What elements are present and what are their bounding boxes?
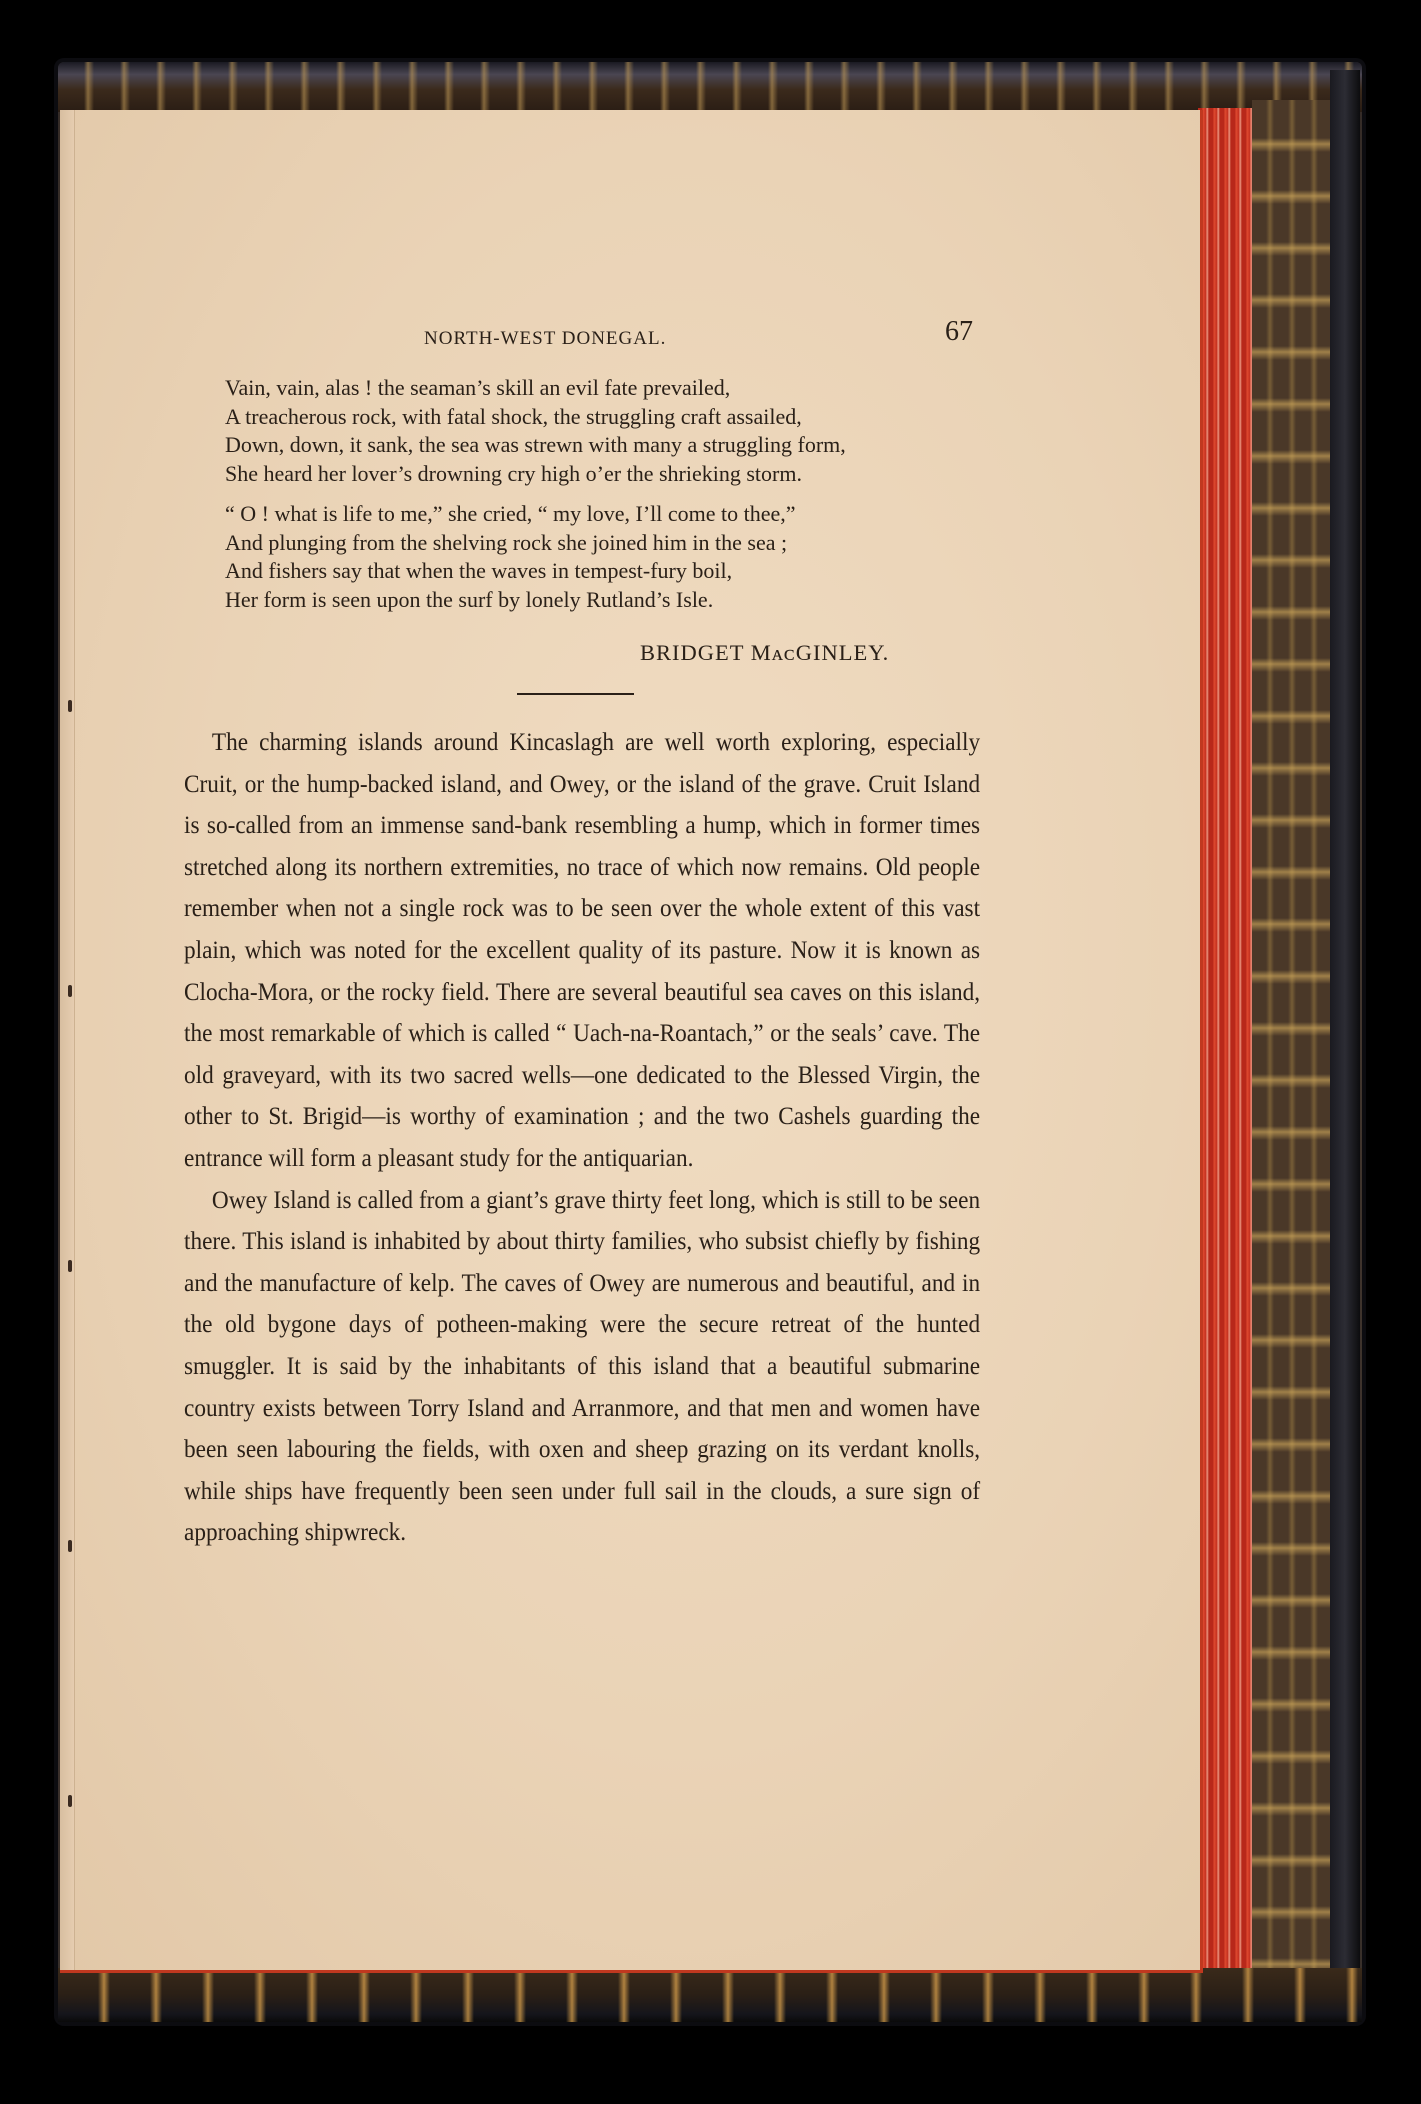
poem-stanza: “ O ! what is life to me,” she cried, “ … xyxy=(225,500,985,614)
poem-line: And fishers say that when the waves in t… xyxy=(225,557,985,586)
section-divider-rule xyxy=(517,693,634,695)
plastic-wrap-edge xyxy=(1330,70,1360,2020)
poem: Vain, vain, alas ! the seaman’s skill an… xyxy=(225,374,985,626)
red-page-edges xyxy=(1198,108,1252,1974)
poem-line: A treacherous rock, with fatal shock, th… xyxy=(225,403,985,432)
poem-line: Down, down, it sank, the sea was strewn … xyxy=(225,431,985,460)
prose-body: The charming islands around Kincaslagh a… xyxy=(184,722,924,1554)
poem-line: “ O ! what is life to me,” she cried, “ … xyxy=(225,500,985,529)
running-head: NORTH-WEST DONEGAL. xyxy=(424,328,666,350)
cover-spine-gilt-tooling xyxy=(1252,100,1330,1980)
poem-line: She heard her lover’s drowning cry high … xyxy=(225,460,985,489)
poem-line: Her form is seen upon the surf by lonely… xyxy=(225,586,985,615)
gutter-mark xyxy=(68,700,72,712)
cover-top-gilt-edge xyxy=(58,62,1362,112)
paragraph: The charming islands around Kincaslagh a… xyxy=(184,722,980,1180)
gutter-mark xyxy=(68,985,72,997)
gutter-mark xyxy=(68,1795,72,1807)
poem-line: Vain, vain, alas ! the seaman’s skill an… xyxy=(225,374,985,403)
page-number: 67 xyxy=(945,316,973,348)
gutter-mark xyxy=(68,1540,72,1552)
cover-bottom-gilt-edge xyxy=(58,1968,1362,2022)
paragraph: Owey Island is called from a giant’s gra… xyxy=(184,1180,980,1554)
page-gutter xyxy=(60,110,75,1970)
poem-attribution: BRIDGET MᴀᴄGINLEY. xyxy=(640,640,889,666)
poem-stanza: Vain, vain, alas ! the seaman’s skill an… xyxy=(225,374,985,488)
poem-line: And plunging from the shelving rock she … xyxy=(225,529,985,558)
gutter-mark xyxy=(68,1260,72,1272)
